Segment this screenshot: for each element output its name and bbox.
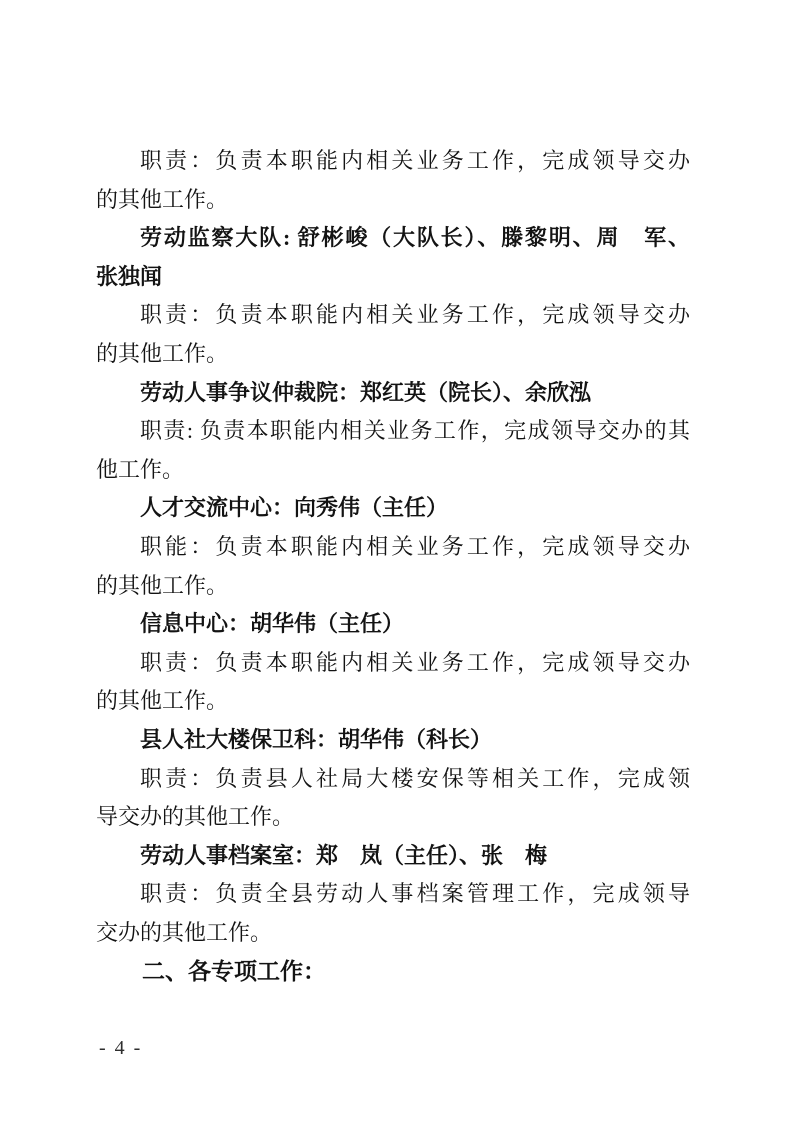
paragraph: 人才交流中心：向秀伟（主任）	[96, 489, 690, 528]
body-line: 职能：负责本职能内相关业务工作，完成领导交办	[96, 528, 690, 567]
paragraph: 职责: 负责本职能内相关业务工作，完成领导交办的其 他工作。	[96, 412, 690, 489]
document-body: 职责：负责本职能内相关业务工作，完成领导交办 的其他工作。 劳动监察大队: 舒彬…	[96, 142, 690, 991]
paragraph: 劳动人事档案室：郑 岚（主任）、张 梅	[96, 837, 690, 876]
dept-heading-line: 信息中心：胡华伟（主任）	[96, 605, 690, 644]
body-line: 导交办的其他工作。	[96, 798, 690, 837]
paragraph: 职责：负责本职能内相关业务工作，完成领导交办 的其他工作。	[96, 142, 690, 219]
dept-heading-line: 张独闻	[96, 258, 690, 297]
dept-heading-line: 人才交流中心：向秀伟（主任）	[96, 489, 690, 528]
body-line: 职责：负责县人社局大楼安保等相关工作，完成领	[96, 760, 690, 799]
body-line: 职责：负责本职能内相关业务工作，完成领导交办	[96, 142, 690, 181]
dept-heading-line: 劳动人事档案室：郑 岚（主任）、张 梅	[96, 837, 690, 876]
body-line: 职责：负责本职能内相关业务工作，完成领导交办	[96, 296, 690, 335]
paragraph: 职能：负责本职能内相关业务工作，完成领导交办 的其他工作。	[96, 528, 690, 605]
body-line: 职责：负责全县劳动人事档案管理工作，完成领导	[96, 875, 690, 914]
body-line: 的其他工作。	[96, 181, 690, 220]
body-line: 的其他工作。	[96, 567, 690, 606]
paragraph: 信息中心：胡华伟（主任）	[96, 605, 690, 644]
body-line: 职责: 负责本职能内相关业务工作，完成领导交办的其	[96, 412, 690, 451]
body-line: 他工作。	[96, 451, 690, 490]
page-number: - 4 -	[99, 1036, 142, 1060]
body-line: 交办的其他工作。	[96, 914, 690, 953]
document-page: 职责：负责本职能内相关业务工作，完成领导交办 的其他工作。 劳动监察大队: 舒彬…	[0, 0, 793, 1122]
paragraph: 职责：负责全县劳动人事档案管理工作，完成领导 交办的其他工作。	[96, 875, 690, 952]
paragraph: 职责：负责本职能内相关业务工作，完成领导交办 的其他工作。	[96, 644, 690, 721]
section-heading: 二、各专项工作：	[96, 952, 690, 991]
paragraph: 劳动人事争议仲裁院：郑红英（院长）、余欣泓	[96, 374, 690, 413]
paragraph: 职责：负责本职能内相关业务工作，完成领导交办 的其他工作。	[96, 296, 690, 373]
body-line: 职责：负责本职能内相关业务工作，完成领导交办	[96, 644, 690, 683]
paragraph: 二、各专项工作：	[96, 952, 690, 991]
body-line: 的其他工作。	[96, 335, 690, 374]
paragraph: 职责：负责县人社局大楼安保等相关工作，完成领 导交办的其他工作。	[96, 760, 690, 837]
paragraph: 劳动监察大队: 舒彬峻（大队长）、滕黎明、周 军、 张独闻	[96, 219, 690, 296]
body-line: 的其他工作。	[96, 682, 690, 721]
dept-heading-line: 县人社大楼保卫科：胡华伟（科长）	[96, 721, 690, 760]
dept-heading-line: 劳动人事争议仲裁院：郑红英（院长）、余欣泓	[96, 374, 690, 413]
paragraph: 县人社大楼保卫科：胡华伟（科长）	[96, 721, 690, 760]
dept-heading-line: 劳动监察大队: 舒彬峻（大队长）、滕黎明、周 军、	[96, 219, 690, 258]
